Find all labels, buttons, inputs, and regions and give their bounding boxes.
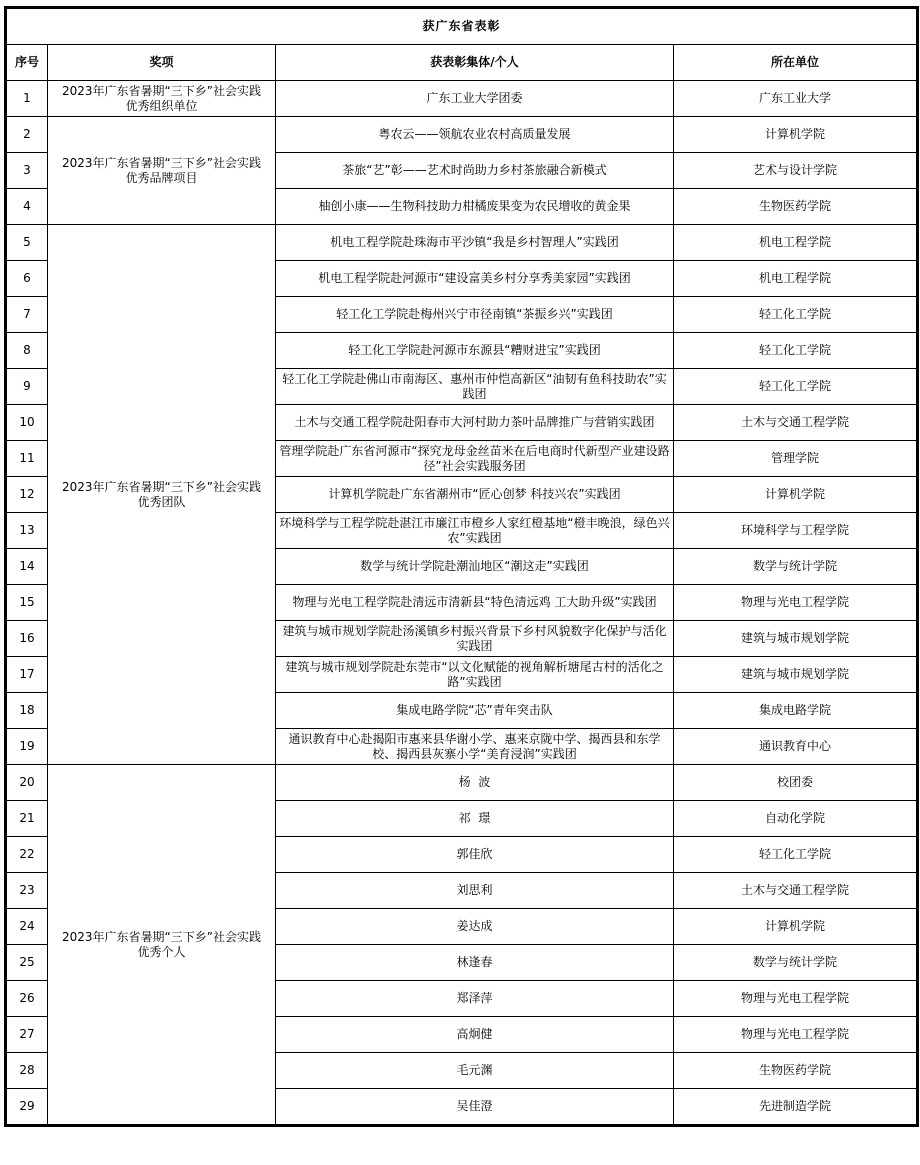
recipient-cell: 机电工程学院赴河源市“建设富美乡村分享秀美家园”实践团 (276, 261, 674, 297)
unit-cell: 数学与统计学院 (674, 549, 918, 585)
recipient-cell: 毛元渊 (276, 1053, 674, 1089)
award-category-line1: 2023年广东省暑期“三下乡”社会实践 (50, 156, 273, 171)
recipient-cell: 广东工业大学团委 (276, 81, 674, 117)
header-row: 序号 奖项 获表彰集体/个人 所在单位 (6, 45, 918, 81)
row-index: 27 (6, 1017, 48, 1053)
award-category-line1: 2023年广东省暑期“三下乡”社会实践 (50, 480, 273, 495)
unit-cell: 生物医药学院 (674, 189, 918, 225)
unit-cell: 管理学院 (674, 441, 918, 477)
unit-cell: 土木与交通工程学院 (674, 405, 918, 441)
award-category-line2: 优秀团队 (50, 495, 273, 510)
row-index: 14 (6, 549, 48, 585)
unit-cell: 集成电路学院 (674, 693, 918, 729)
unit-cell: 物理与光电工程学院 (674, 981, 918, 1017)
award-table: 获广东省表彰 序号 奖项 获表彰集体/个人 所在单位 12023年广东省暑期“三… (4, 6, 919, 1127)
row-index: 7 (6, 297, 48, 333)
recipient-cell: 柚创小康——生物科技助力柑橘废果变为农民增收的黄金果 (276, 189, 674, 225)
unit-cell: 建筑与城市规划学院 (674, 657, 918, 693)
unit-cell: 机电工程学院 (674, 225, 918, 261)
table-row: 22023年广东省暑期“三下乡”社会实践优秀品牌项目粤农云——领航农业农村高质量… (6, 117, 918, 153)
table-row: 202023年广东省暑期“三下乡”社会实践优秀个人杨 波校团委 (6, 765, 918, 801)
unit-cell: 先进制造学院 (674, 1089, 918, 1126)
row-index: 2 (6, 117, 48, 153)
recipient-cell: 祁 璟 (276, 801, 674, 837)
title-row: 获广东省表彰 (6, 8, 918, 45)
award-category-line1: 2023年广东省暑期“三下乡”社会实践 (50, 84, 273, 99)
recipient-cell: 轻工化工学院赴梅州兴宁市径南镇“茶振乡兴”实践团 (276, 297, 674, 333)
recipient-cell: 计算机学院赴广东省潮州市“匠心创梦 科技兴农”实践团 (276, 477, 674, 513)
table-row: 52023年广东省暑期“三下乡”社会实践优秀团队机电工程学院赴珠海市平沙镇“我是… (6, 225, 918, 261)
recipient-cell: 吴佳澄 (276, 1089, 674, 1126)
row-index: 21 (6, 801, 48, 837)
row-index: 18 (6, 693, 48, 729)
recipient-cell: 土木与交通工程学院赴阳春市大河村助力茶叶品牌推广与营销实践团 (276, 405, 674, 441)
table-title: 获广东省表彰 (6, 8, 918, 45)
unit-cell: 通识教育中心 (674, 729, 918, 765)
recipient-cell: 轻工化工学院赴佛山市南海区、惠州市仲恺高新区“油韧有鱼科技助农”实践团 (276, 369, 674, 405)
recipient-cell: 茶旅“艺”彰——艺术时尚助力乡村茶旅融合新模式 (276, 153, 674, 189)
row-index: 12 (6, 477, 48, 513)
unit-cell: 轻工化工学院 (674, 297, 918, 333)
recipient-cell: 姜达成 (276, 909, 674, 945)
header-award: 奖项 (48, 45, 276, 81)
award-category: 2023年广东省暑期“三下乡”社会实践优秀团队 (48, 225, 276, 765)
award-category: 2023年广东省暑期“三下乡”社会实践优秀组织单位 (48, 81, 276, 117)
row-index: 5 (6, 225, 48, 261)
unit-cell: 建筑与城市规划学院 (674, 621, 918, 657)
row-index: 17 (6, 657, 48, 693)
recipient-cell: 高炯健 (276, 1017, 674, 1053)
unit-cell: 广东工业大学 (674, 81, 918, 117)
recipient-cell: 集成电路学院“芯”青年突击队 (276, 693, 674, 729)
unit-cell: 计算机学院 (674, 477, 918, 513)
row-index: 8 (6, 333, 48, 369)
recipient-cell: 管理学院赴广东省河源市“探究龙母金丝苗米在后电商时代新型产业建设路径”社会实践服… (276, 441, 674, 477)
unit-cell: 艺术与设计学院 (674, 153, 918, 189)
row-index: 29 (6, 1089, 48, 1126)
row-index: 24 (6, 909, 48, 945)
recipient-cell: 粤农云——领航农业农村高质量发展 (276, 117, 674, 153)
unit-cell: 环境科学与工程学院 (674, 513, 918, 549)
header-index: 序号 (6, 45, 48, 81)
award-sheet: 获广东省表彰 序号 奖项 获表彰集体/个人 所在单位 12023年广东省暑期“三… (4, 6, 916, 1127)
row-index: 9 (6, 369, 48, 405)
recipient-cell: 林逢春 (276, 945, 674, 981)
table-row: 12023年广东省暑期“三下乡”社会实践优秀组织单位广东工业大学团委广东工业大学 (6, 81, 918, 117)
row-index: 19 (6, 729, 48, 765)
unit-cell: 数学与统计学院 (674, 945, 918, 981)
row-index: 3 (6, 153, 48, 189)
row-index: 13 (6, 513, 48, 549)
recipient-cell: 物理与光电工程学院赴清远市清新县“特色清远鸡 工大助升级”实践团 (276, 585, 674, 621)
award-category-line2: 优秀组织单位 (50, 99, 273, 114)
recipient-cell: 郭佳欣 (276, 837, 674, 873)
recipient-cell: 郑泽萍 (276, 981, 674, 1017)
row-index: 26 (6, 981, 48, 1017)
unit-cell: 轻工化工学院 (674, 369, 918, 405)
recipient-cell: 刘思利 (276, 873, 674, 909)
unit-cell: 土木与交通工程学院 (674, 873, 918, 909)
recipient-cell: 通识教育中心赴揭阳市惠来县华谢小学、惠来京陇中学、揭西县和东学校、揭西县灰寨小学… (276, 729, 674, 765)
row-index: 15 (6, 585, 48, 621)
unit-cell: 校团委 (674, 765, 918, 801)
award-category-line1: 2023年广东省暑期“三下乡”社会实践 (50, 930, 273, 945)
header-unit: 所在单位 (674, 45, 918, 81)
recipient-cell: 建筑与城市规划学院赴东莞市“以文化赋能的视角解析塘尾古村的活化之路”实践团 (276, 657, 674, 693)
row-index: 16 (6, 621, 48, 657)
award-category-line2: 优秀品牌项目 (50, 171, 273, 186)
row-index: 6 (6, 261, 48, 297)
row-index: 22 (6, 837, 48, 873)
recipient-cell: 机电工程学院赴珠海市平沙镇“我是乡村智理人”实践团 (276, 225, 674, 261)
row-index: 28 (6, 1053, 48, 1089)
row-index: 11 (6, 441, 48, 477)
award-category: 2023年广东省暑期“三下乡”社会实践优秀品牌项目 (48, 117, 276, 225)
unit-cell: 轻工化工学院 (674, 333, 918, 369)
row-index: 1 (6, 81, 48, 117)
recipient-cell: 建筑与城市规划学院赴汤溪镇乡村振兴背景下乡村风貌数字化保护与活化实践团 (276, 621, 674, 657)
unit-cell: 物理与光电工程学院 (674, 1017, 918, 1053)
header-recipient: 获表彰集体/个人 (276, 45, 674, 81)
unit-cell: 计算机学院 (674, 117, 918, 153)
recipient-cell: 轻工化工学院赴河源市东源县“糟财进宝”实践团 (276, 333, 674, 369)
unit-cell: 生物医药学院 (674, 1053, 918, 1089)
row-index: 25 (6, 945, 48, 981)
row-index: 23 (6, 873, 48, 909)
unit-cell: 自动化学院 (674, 801, 918, 837)
award-category: 2023年广东省暑期“三下乡”社会实践优秀个人 (48, 765, 276, 1126)
row-index: 4 (6, 189, 48, 225)
row-index: 20 (6, 765, 48, 801)
recipient-cell: 数学与统计学院赴潮汕地区“潮这走”实践团 (276, 549, 674, 585)
unit-cell: 机电工程学院 (674, 261, 918, 297)
recipient-cell: 环境科学与工程学院赴湛江市廉江市橙乡人家红橙基地“橙丰晚浪，绿色兴农”实践团 (276, 513, 674, 549)
unit-cell: 物理与光电工程学院 (674, 585, 918, 621)
unit-cell: 轻工化工学院 (674, 837, 918, 873)
row-index: 10 (6, 405, 48, 441)
award-category-line2: 优秀个人 (50, 945, 273, 960)
recipient-cell: 杨 波 (276, 765, 674, 801)
unit-cell: 计算机学院 (674, 909, 918, 945)
